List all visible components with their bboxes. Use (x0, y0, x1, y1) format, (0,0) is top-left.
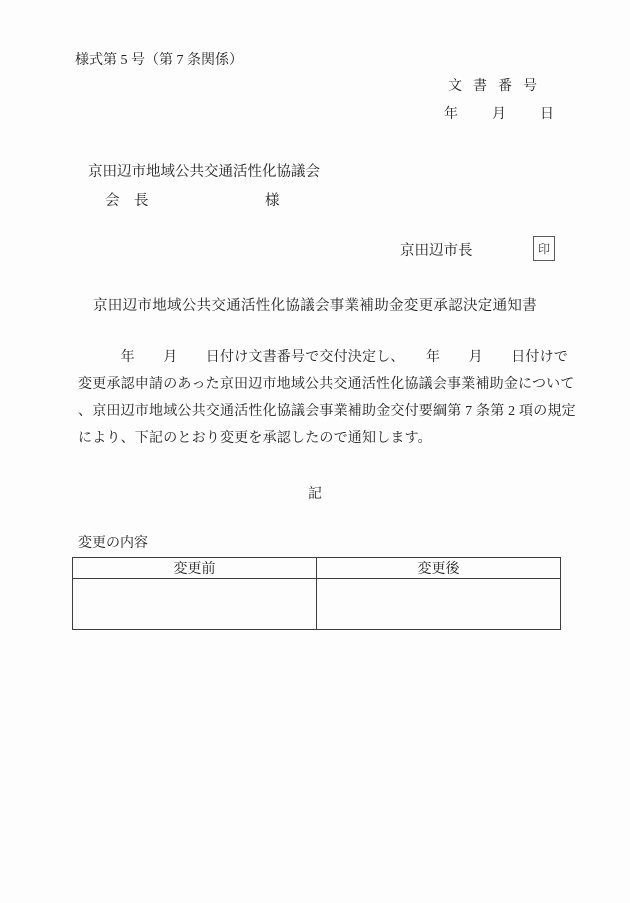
doc-number-label: 文書番号 (448, 75, 548, 95)
table-cell-before (73, 579, 317, 630)
seal-stamp-box: 印 (533, 236, 555, 261)
seal-character: 印 (538, 240, 550, 257)
body-line-1: 年 月 日付け文書番号で交付決定し、 年 月 日付けで (78, 344, 578, 371)
body-line-4: により、下記のとおり変更を承認したので通知します。 (78, 425, 578, 452)
record-mark: 記 (0, 483, 630, 503)
table-header-before: 変更前 (73, 558, 317, 579)
addressee-role: 会 長 (105, 189, 149, 210)
date-placeholder-line: 年 月 日 (444, 103, 556, 123)
change-table: 変更前 変更後 (72, 557, 561, 630)
body-paragraph: 年 月 日付け文書番号で交付決定し、 年 月 日付けで 変更承認申請のあった京田… (78, 344, 578, 452)
addressee-organization: 京田辺市地域公共交通活性化協議会 (88, 160, 320, 181)
table-cell-after (317, 579, 561, 630)
body-line-3: 、京田辺市地域公共交通活性化協議会事業補助金交付要綱第 7 条第 2 項の規定 (78, 398, 578, 425)
table-header-row: 変更前 変更後 (73, 558, 561, 579)
form-number: 様式第 5 号（第 7 条関係） (75, 49, 243, 69)
section-label-change-contents: 変更の内容 (78, 532, 148, 552)
table-row (73, 579, 561, 630)
document-title: 京田辺市地域公共交通活性化協議会事業補助金変更承認決定通知書 (0, 294, 630, 315)
body-line-2: 変更承認申請のあった京田辺市地域公共交通活性化協議会事業補助金について (78, 371, 578, 398)
addressee-honorific: 様 (265, 189, 280, 210)
table-header-after: 変更後 (317, 558, 561, 579)
sender-name: 京田辺市長 (400, 239, 473, 260)
document-page: 様式第 5 号（第 7 条関係） 文書番号 年 月 日 京田辺市地域公共交通活性… (0, 0, 630, 903)
